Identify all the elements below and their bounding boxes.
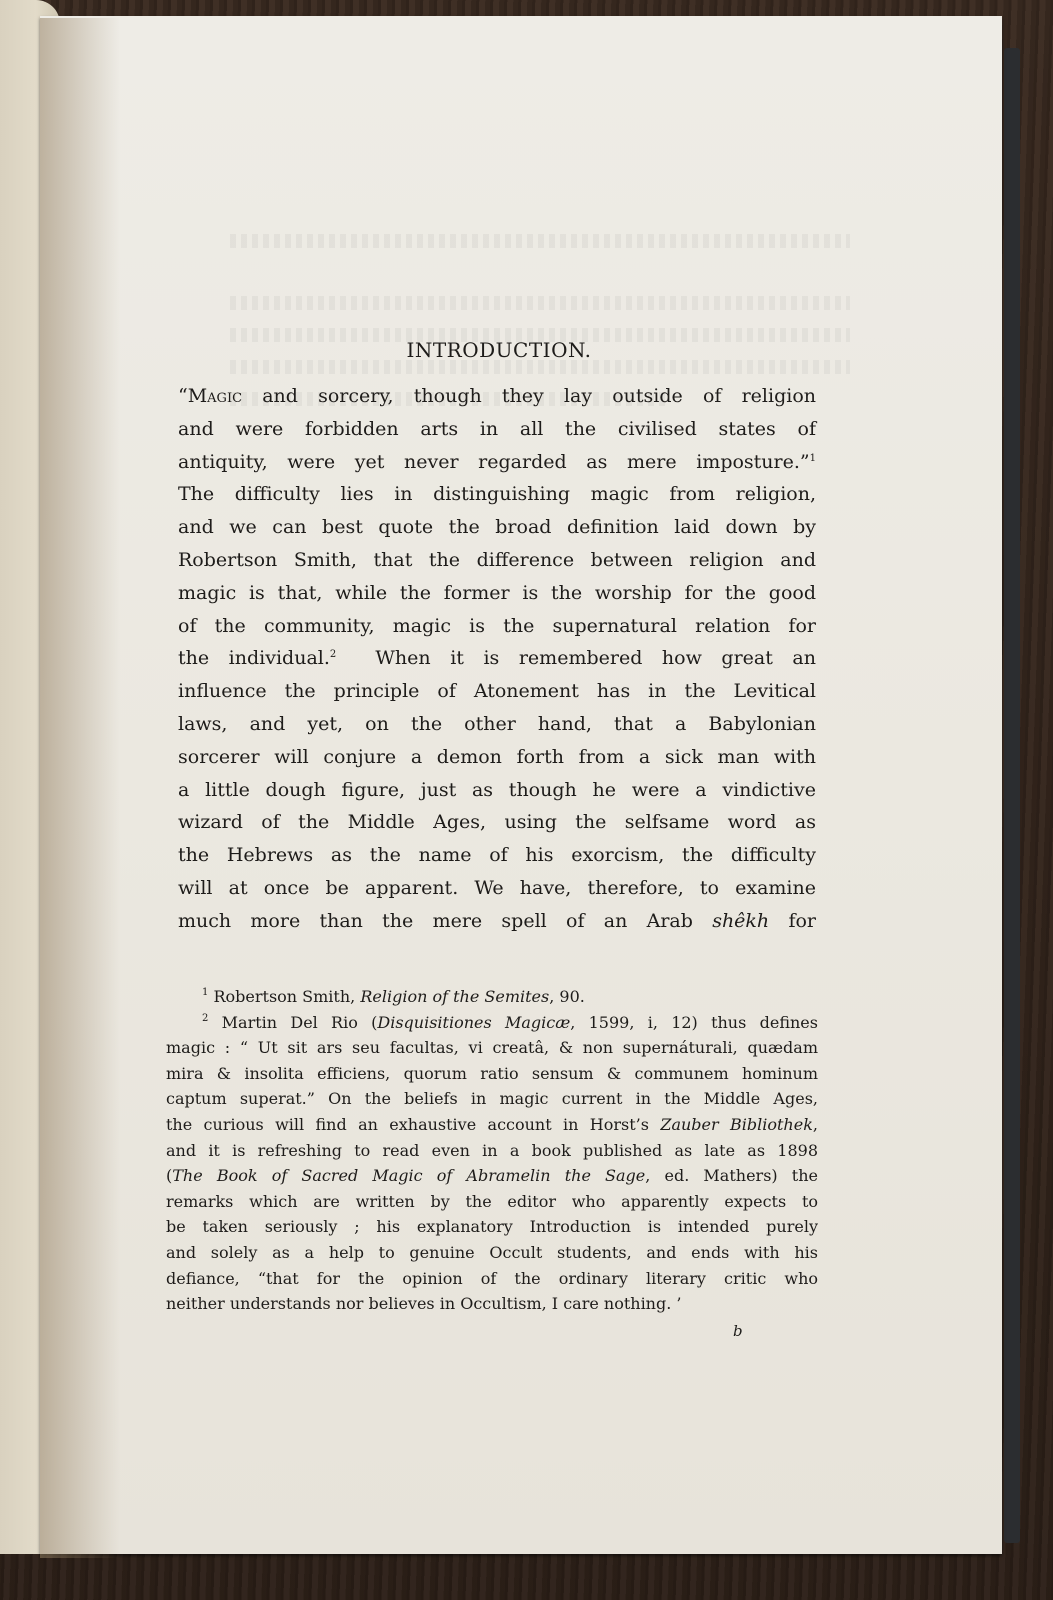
footnote-line: mira & insolita efficiens, quorum ratio … bbox=[166, 1061, 818, 1087]
chapter-title: INTRODUCTION. bbox=[182, 336, 816, 364]
footnote-text: the curious will find an exhaustive acco… bbox=[166, 1115, 660, 1134]
body-text: “Magic and sorcery, though they lay outs… bbox=[178, 380, 816, 938]
book-cover-edge bbox=[1004, 48, 1020, 1543]
bleed-through-line bbox=[230, 234, 850, 248]
footnote-marker: 2 bbox=[202, 1013, 208, 1024]
line-text: and sorcery, though they lay outside of … bbox=[242, 385, 816, 407]
footnote-text: , ed. Mathers) the bbox=[645, 1166, 818, 1185]
body-line: influence the principle of Atonement has… bbox=[178, 675, 816, 708]
open-quote: “ bbox=[178, 385, 188, 407]
footnote-line: and it is refreshing to read even in a b… bbox=[166, 1138, 818, 1164]
signature-mark: b bbox=[733, 1322, 743, 1340]
body-line: antiquity, were yet never regarded as me… bbox=[178, 446, 816, 479]
footnote-marker: 1 bbox=[202, 987, 208, 998]
footnote-line: the curious will find an exhaustive acco… bbox=[166, 1112, 818, 1138]
italic-title: Disquisitiones Magicæ bbox=[377, 1013, 570, 1032]
italic-title: The Book of Sacred Magic of Abramelin th… bbox=[172, 1166, 645, 1185]
spine-shadow bbox=[40, 18, 120, 1558]
footnote-text: , 90. bbox=[549, 987, 585, 1006]
italic-word: shêkh bbox=[712, 910, 769, 932]
body-line: wizard of the Middle Ages, using the sel… bbox=[178, 806, 816, 839]
footnote-text: Robertson Smith, bbox=[213, 987, 360, 1006]
line-text: antiquity, were yet never regarded as me… bbox=[178, 451, 810, 473]
footnote-line: (The Book of Sacred Magic of Abramelin t… bbox=[166, 1163, 818, 1189]
line-text: When it is remembered how great an bbox=[336, 647, 816, 669]
body-line: much more than the mere spell of an Arab… bbox=[178, 905, 816, 938]
footnote-text: , 1599, i, 12) thus defines bbox=[570, 1013, 818, 1032]
body-line: of the community, magic is the supernatu… bbox=[178, 610, 816, 643]
footnote-1: 1 Robertson Smith, Religion of the Semit… bbox=[166, 984, 818, 1010]
italic-title: Zauber Bibliothek bbox=[660, 1115, 813, 1134]
bleed-through-line bbox=[230, 296, 850, 310]
body-line: “Magic and sorcery, though they lay outs… bbox=[178, 380, 816, 413]
footnote-line: magic : “ Ut sit ars seu facultas, vi cr… bbox=[166, 1035, 818, 1061]
body-line: sorcerer will conjure a demon forth from… bbox=[178, 741, 816, 774]
footnote-text: , bbox=[813, 1115, 818, 1134]
footnote-line: neither understands nor believes in Occu… bbox=[166, 1291, 818, 1317]
line-text: for bbox=[769, 910, 816, 932]
footnote-ref[interactable]: 1 bbox=[810, 453, 816, 464]
line-text: much more than the mere spell of an Arab bbox=[178, 910, 712, 932]
footnote-line: be taken seriously ; his explanatory Int… bbox=[166, 1214, 818, 1240]
footnote-line: captum superat.” On the beliefs in magic… bbox=[166, 1086, 818, 1112]
body-line: laws, and yet, on the other hand, that a… bbox=[178, 708, 816, 741]
line-text: the individual. bbox=[178, 647, 330, 669]
body-line: The difficulty lies in distinguishing ma… bbox=[178, 478, 816, 511]
footnote-2: 2 Martin Del Rio (Disquisitiones Magicæ,… bbox=[166, 1010, 818, 1036]
page-content: INTRODUCTION. “Magic and sorcery, though… bbox=[178, 336, 816, 938]
body-line: will at once be apparent. We have, there… bbox=[178, 872, 816, 905]
body-line: and we can best quote the broad definiti… bbox=[178, 511, 816, 544]
body-line: the Hebrews as the name of his exorcism,… bbox=[178, 839, 816, 872]
smallcaps-word: Magic bbox=[188, 385, 242, 407]
footnotes: 1 Robertson Smith, Religion of the Semit… bbox=[166, 984, 818, 1317]
footnote-line: defiance, “that for the opinion of the o… bbox=[166, 1266, 818, 1292]
footnote-line: and solely as a help to genuine Occult s… bbox=[166, 1240, 818, 1266]
body-line: magic is that, while the former is the w… bbox=[178, 577, 816, 610]
italic-title: Religion of the Semites bbox=[360, 987, 549, 1006]
body-line: a little dough figure, just as though he… bbox=[178, 774, 816, 807]
body-line: and were forbidden arts in all the civil… bbox=[178, 413, 816, 446]
body-line: Robertson Smith, that the difference bet… bbox=[178, 544, 816, 577]
footnote-text: Martin Del Rio ( bbox=[222, 1013, 378, 1032]
body-line: the individual.2 When it is remembered h… bbox=[178, 642, 816, 675]
footnote-line: remarks which are written by the editor … bbox=[166, 1189, 818, 1215]
